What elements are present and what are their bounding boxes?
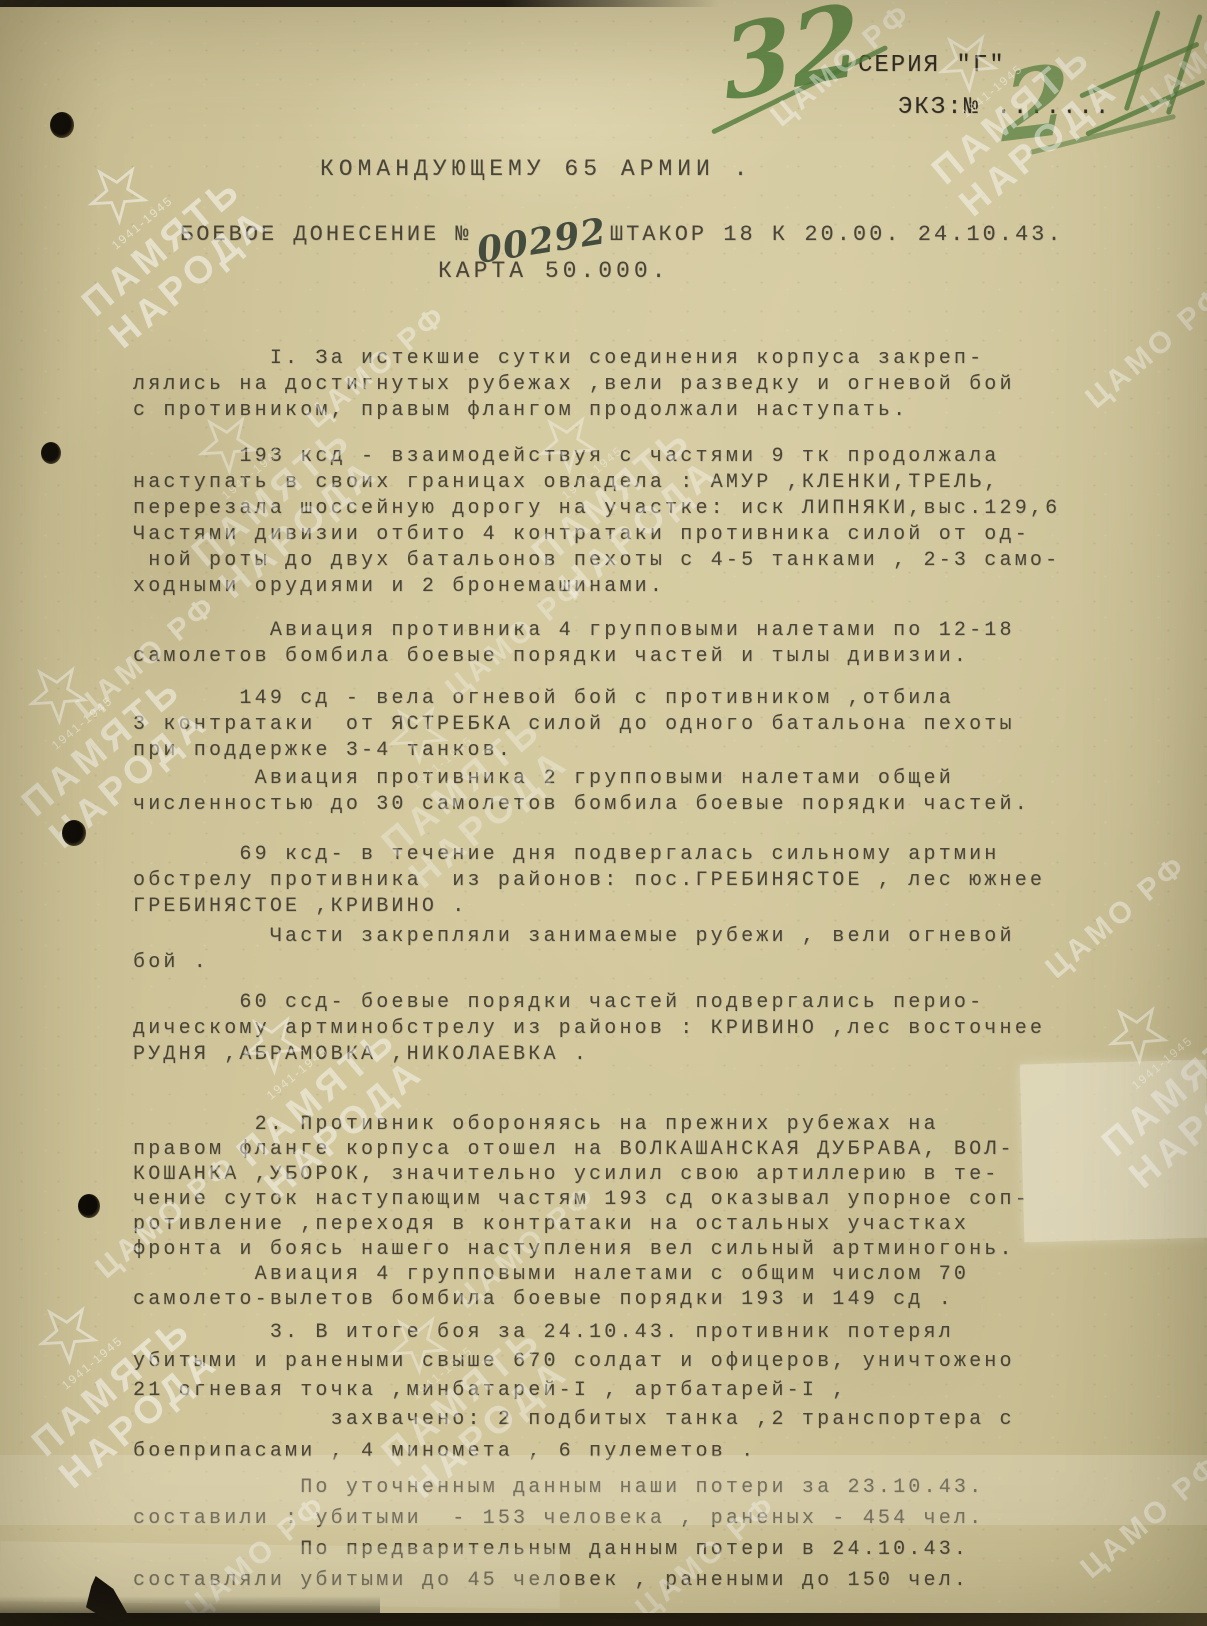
punch-hole [41,442,61,464]
para-3-results: 3. В итоге боя за 24.10.43. противник по… [133,1318,1015,1405]
handwritten-sheet-number: 32 [719,0,864,115]
watermark-word: ПАМЯТЬ [1094,1008,1207,1165]
punch-hole [50,112,74,138]
tsamo-watermark: ЦАМО РФ [1039,848,1194,986]
tape-patch [1020,1060,1207,1243]
handwritten-report-number: 00292 [476,221,608,261]
para-aviation-1: Авиация противника 4 групповыми налетами… [133,618,1015,670]
watermark-years: 1941-1945 [49,693,116,752]
star-icon [14,649,101,736]
para-losses: По уточненным данным наши потери за 23.1… [133,1472,984,1596]
para-1-summary: I. За истекшие сутки соединения корпуса … [133,346,1015,424]
tsamo-watermark: ЦАМО РФ [1079,278,1207,416]
para-2-enemy: 2. Противник обороняясь на прежних рубеж… [133,1112,1030,1312]
para-aviation-2: Авиация противника 2 групповыми налетами… [133,766,1030,818]
series-stamp: СЕРИЯ "Г" [858,52,1006,79]
para-149sd: 149 сд - вела огневой бой с противником … [133,686,1015,764]
scanned-document-page: КОМАНДУЮЩЕМУ 65 АРМИИ . БОЕВОЕ ДОНЕСЕНИЕ… [0,0,1207,1626]
para-60ssd: 60 ссд- боевые порядки частей подвергали… [133,990,1045,1068]
pencil-hash-stroke [1166,14,1203,115]
punch-hole [62,820,86,846]
watermark-years: 1941-1945 [59,1333,126,1392]
scan-edge-bottom [0,1613,1207,1626]
para-captured: захвачено: 2 подбитых танка ,2 транспорт… [133,1404,1015,1468]
report-title-post: ШТАКОР 18 К 20.00. 24.10.43. [610,222,1064,247]
watermark-years: 1941-1945 [109,193,176,252]
map-scale-line: КАРТА 50.000. [438,258,669,284]
report-title-line: БОЕВОЕ ДОНЕСЕНИЕ № 00292 ШТАКОР 18 К 20.… [180,222,1064,247]
pamyat-naroda-watermark: 1941-1945 ПАМЯТЬ НАРОДА [1025,932,1207,1212]
star-icon [74,149,161,236]
watermark-word: НАРОДА [1122,1041,1207,1197]
watermark-years: 1941-1945 [1129,1033,1196,1092]
para-69ksd: 69 ксд- в течение дня подвергалась сильн… [133,842,1045,920]
star-icon [1094,989,1181,1076]
addressee-line: КОМАНДУЮЩЕМУ 65 АРМИИ . [320,156,752,182]
punch-hole [78,1194,100,1218]
report-title-pre: БОЕВОЕ ДОНЕСЕНИЕ № [180,222,472,247]
para-line-hold: Части закрепляли занимаемые рубежи , вел… [133,924,1015,976]
para-193ksd: 193 ксд - взаимодействуя с частями 9 тк … [133,444,1060,600]
star-icon [24,1289,111,1376]
scan-edge-top [0,0,720,7]
tsamo-watermark: ЦАМО РФ [1074,1448,1207,1586]
handwritten-copy-number: 2 [1001,51,1069,156]
